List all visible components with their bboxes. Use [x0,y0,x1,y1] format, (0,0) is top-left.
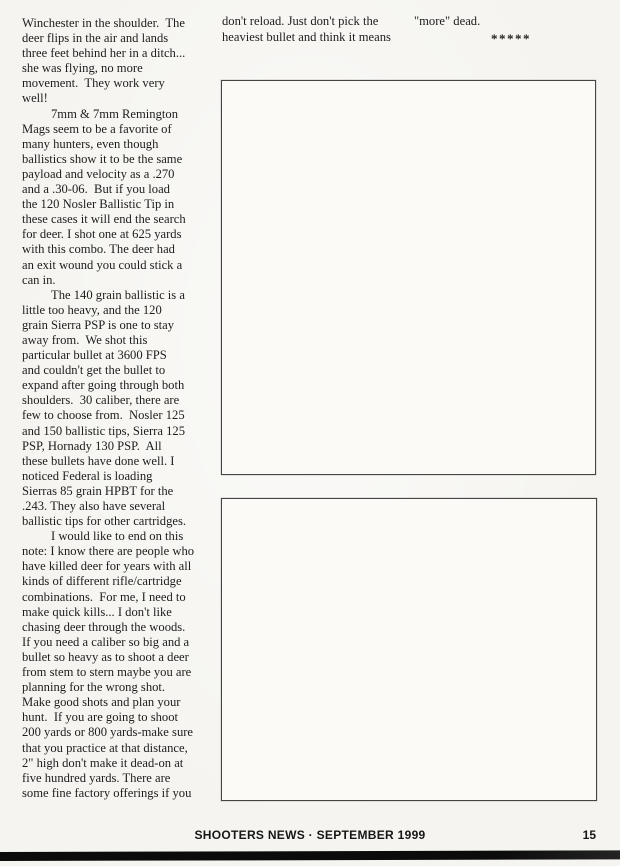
text-line: .243. They also have several [22,499,220,514]
text-line: ballistic tips for other cartridges. [22,514,220,529]
text-line: well! [22,91,220,106]
text-line: Mags seem to be a favorite of [22,122,220,137]
text-line: particular bullet at 3600 FPS [22,348,220,363]
bottom-rule [0,850,620,861]
text-line: these bullets have done well. I [22,454,220,469]
text-line: with this combo. The deer had [22,242,220,257]
text-line: If you need a caliber so big and a [22,635,220,650]
text-line: five hundred yards. There are [22,771,220,786]
article-top-right-column: "more" dead. [414,13,480,29]
text-line: chasing deer through the woods. [22,620,220,635]
text-line: The 140 grain ballistic is a [22,288,220,303]
text-line: away from. We shot this [22,333,220,348]
article-left-column: Winchester in the shoulder. Thedeer flip… [22,16,220,801]
section-break-asterisks: ***** [491,31,531,47]
image-placeholder-box-bottom [221,498,597,801]
text-line: she was flying, no more [22,61,220,76]
text-line: little too heavy, and the 120 [22,303,220,318]
text-line: 200 yards or 800 yards-make sure [22,725,220,740]
article-top-middle-column: don't reload. Just don't pick theheavies… [222,13,412,45]
text-line: heaviest bullet and think it means [222,29,412,45]
text-line: for deer. I shot one at 625 yards [22,227,220,242]
image-placeholder-box-top [221,80,596,475]
text-line: three feet behind her in a ditch... [22,46,220,61]
text-line: deer flips in the air and lands [22,31,220,46]
text-line: noticed Federal is loading [22,469,220,484]
text-line: an exit wound you could stick a [22,258,220,273]
text-line: I would like to end on this [22,529,220,544]
footer-publication-title: SHOOTERS NEWS · SEPTEMBER 1999 [0,828,620,842]
text-line: Sierras 85 grain HPBT for the [22,484,220,499]
text-line: have killed deer for years with all [22,559,220,574]
text-line: from stem to stern maybe you are [22,665,220,680]
text-line: kinds of different rifle/cartridge [22,574,220,589]
text-line: combinations. For me, I need to [22,590,220,605]
footer-page-number: 15 [583,828,596,842]
text-line: Winchester in the shoulder. The [22,16,220,31]
text-line: Make good shots and plan your [22,695,220,710]
text-line: note: I know there are people who [22,544,220,559]
text-line: bullet so heavy as to shoot a deer [22,650,220,665]
text-line: hunt. If you are going to shoot [22,710,220,725]
text-line: shoulders. 30 caliber, there are [22,393,220,408]
text-line: some fine factory offerings if you [22,786,220,801]
text-line: don't reload. Just don't pick the [222,13,412,29]
text-line: 2" high don't make it dead-on at [22,756,220,771]
text-line: PSP, Hornady 130 PSP. All [22,439,220,454]
text-line: the 120 Nosler Ballistic Tip in [22,197,220,212]
text-line: many hunters, even though [22,137,220,152]
text-line: payload and velocity as a .270 [22,167,220,182]
text-line: and a .30-06. But if you load [22,182,220,197]
text-line: can in. [22,273,220,288]
text-line: movement. They work very [22,76,220,91]
text-line: grain Sierra PSP is one to stay [22,318,220,333]
text-line: these cases it will end the search [22,212,220,227]
text-line: 7mm & 7mm Remington [22,107,220,122]
text-line: ballistics show it to be the same [22,152,220,167]
text-line: expand after going through both [22,378,220,393]
text-line: and 150 ballistic tips, Sierra 125 [22,424,220,439]
text-line: that you practice at that distance, [22,741,220,756]
text-line: make quick kills... I don't like [22,605,220,620]
text-line: and couldn't get the bullet to [22,363,220,378]
text-line: planning for the wrong shot. [22,680,220,695]
text-line: few to choose from. Nosler 125 [22,408,220,423]
